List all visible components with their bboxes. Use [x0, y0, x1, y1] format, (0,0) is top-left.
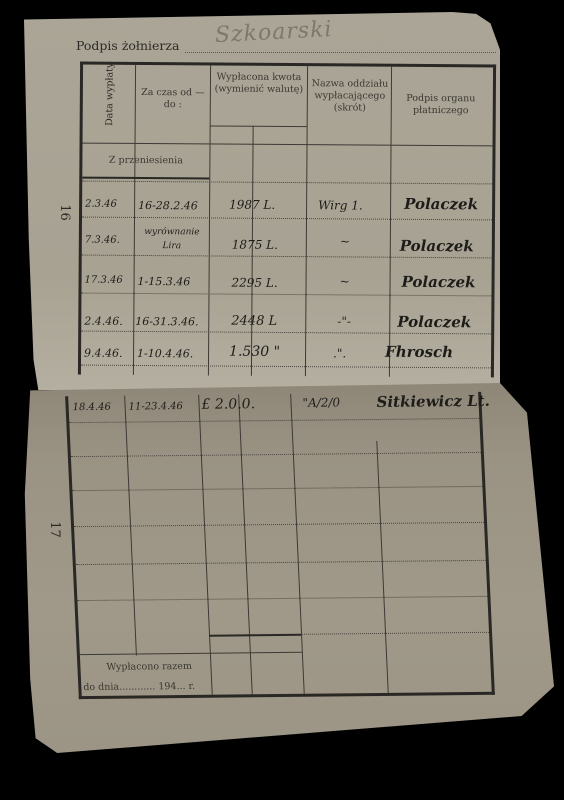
row2-amount: 1875 L. — [232, 238, 278, 252]
col-divider — [238, 394, 253, 694]
header-amount: Wypłacona kwota (wymienić walutę) — [213, 71, 305, 96]
amount-subheader-line — [210, 125, 307, 127]
row5-period: 1-10.4.46. — [137, 347, 193, 360]
row3-signature: Polaczek — [402, 273, 476, 292]
row1-period: 16-28.2.46 — [138, 199, 198, 212]
row-line — [82, 181, 492, 185]
page-number-16: 16 — [57, 204, 72, 221]
total-paid-label: Wypłacono razem — [106, 661, 192, 673]
row4-signature: Polaczek — [397, 313, 471, 332]
row-line — [77, 596, 487, 601]
row1-unit: Wirg 1. — [318, 198, 363, 212]
total-line — [80, 652, 302, 655]
row-line — [301, 632, 489, 635]
row5-date: 9.4.46. — [84, 347, 123, 360]
row3-date: 17.3.46 — [85, 275, 123, 286]
row-line — [76, 560, 486, 565]
row6-unit: "A/2/0 — [302, 395, 340, 409]
col-divider — [208, 65, 211, 375]
row6-amount: £ 2.0.0. — [201, 396, 255, 413]
row3-period: 1-15.3.46 — [138, 275, 191, 288]
carried-over-line — [82, 177, 209, 180]
row5-unit: .". — [333, 346, 346, 360]
col-divider — [376, 441, 388, 693]
row-line — [74, 522, 484, 527]
row4-date: 2.4.46. — [84, 315, 123, 328]
row3-unit: ~ — [340, 274, 350, 288]
header-period: Za czas od — do : — [139, 87, 207, 111]
row4-amount: 2448 L — [231, 314, 277, 329]
page-number-17: 17 — [47, 521, 62, 538]
col-divider — [389, 67, 392, 377]
row4-unit: -"- — [337, 314, 351, 328]
header-unit: Nazwa oddziału wypłacającego (skrót) — [311, 78, 389, 115]
row2-date: 7.3.46. — [85, 235, 120, 246]
row6-signature: Sitkiewicz Lt. — [376, 392, 490, 411]
row5-signature: Fhrosch — [385, 343, 453, 361]
total-amount-line — [209, 634, 301, 637]
row1-amount: 1987 L. — [229, 198, 275, 212]
payment-table-top: Data wypłaty Za czas od — do : Wypłacona… — [78, 62, 496, 378]
header-paying-signature: Podpis organu płatniczego — [395, 93, 487, 118]
row3-amount: 2295 L. — [232, 276, 278, 290]
to-date-label: do dnia............ 194... r. — [83, 681, 195, 693]
header-date: Data wypłaty — [104, 59, 115, 129]
soldier-signature-label: Podpis żołnierza — [76, 38, 179, 53]
carried-over-label: Z przeniesienia — [82, 155, 209, 168]
row2-unit: ~ — [340, 234, 350, 248]
row-line — [81, 293, 491, 297]
col-divider — [290, 394, 305, 694]
row-line — [82, 255, 492, 259]
row6-period: 11-23.4.46 — [128, 401, 183, 413]
row-line — [71, 452, 481, 457]
row1-date: 2.3.46 — [85, 199, 117, 210]
row6-date: 18.4.46 — [72, 402, 111, 413]
row5-amount: 1.530 " — [229, 344, 280, 360]
col-divider — [305, 66, 308, 376]
row-line — [81, 331, 491, 335]
row-line — [81, 365, 491, 369]
row1-signature: Polaczek — [404, 195, 478, 214]
row2-period: wyrównanie Lira — [140, 225, 204, 253]
col-divider — [198, 395, 213, 695]
payment-table-bottom: 18.4.46 11-23.4.46 £ 2.0.0. "A/2/0 Sitki… — [65, 392, 495, 699]
row-line — [72, 486, 482, 491]
col-divider — [133, 65, 136, 375]
row-line — [82, 217, 492, 221]
row4-period: 16-31.3.46. — [135, 315, 198, 328]
row2-signature: Polaczek — [400, 237, 474, 256]
header-bottom-line — [83, 143, 493, 147]
row-line — [69, 418, 479, 423]
